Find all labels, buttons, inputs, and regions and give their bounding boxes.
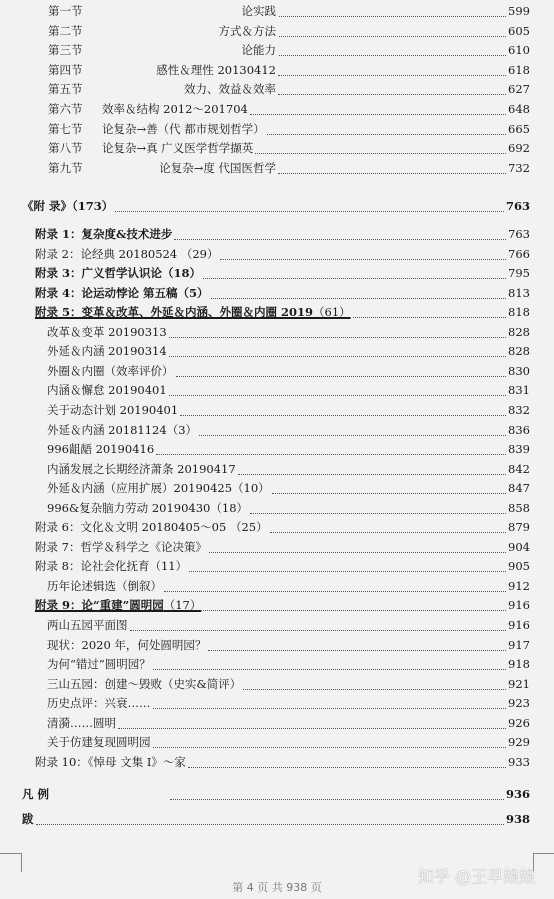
leader-dots (279, 0, 506, 17)
leader-dots (209, 533, 506, 553)
toc-entry-title: 附录 1：复杂度&技术进步 (35, 225, 172, 244)
toc-entry-title: 效率＆结构 2012～201704 (102, 100, 248, 119)
page-number: 923 (508, 694, 530, 713)
section-number: 第一节 (48, 2, 83, 21)
page-number: 818 (508, 303, 530, 322)
section-number: 第三节 (48, 41, 83, 60)
leader-dots (278, 56, 506, 76)
page-number: 599 (508, 2, 530, 21)
page-number: 936 (506, 785, 530, 804)
toc-entry-title: 论能力 (242, 41, 277, 60)
page-number: 912 (508, 577, 530, 596)
toc-appendix-header[interactable]: 《附 录》（173）763 (22, 197, 530, 216)
page-number: 763 (506, 197, 530, 216)
page-number: 830 (508, 362, 530, 381)
toc-entry-title: 清漪……圆明 (47, 714, 116, 733)
leader-dots (279, 36, 506, 56)
leader-dots (267, 115, 506, 135)
page-number: 916 (508, 596, 530, 615)
leader-dots (278, 154, 506, 174)
page-number: 692 (508, 139, 530, 158)
leader-dots (156, 435, 506, 455)
page-number: 917 (508, 636, 530, 655)
page-number: 648 (508, 100, 530, 119)
leader-dots (203, 591, 506, 611)
toc-entry-title: 跋 (22, 810, 34, 829)
toc-entry-title: 历年论述辑选（倒叙） (47, 577, 162, 596)
leader-dots (211, 279, 506, 299)
leader-dots (272, 474, 506, 494)
leader-dots (270, 513, 506, 533)
crop-mark-right (533, 853, 554, 872)
toc-entry-title: 996&复杂脑力劳动 20190430（18） (47, 499, 248, 518)
watermark: 知乎 @王早娘娘 (418, 864, 535, 887)
toc-entry-title: 论复杂→善（代 都市规划哲学） (102, 120, 265, 139)
crop-mark-left (0, 853, 22, 872)
leader-dots (188, 748, 506, 768)
leader-dots (250, 95, 506, 115)
toc-entry-title: 关于仿建复现圆明园 (47, 733, 151, 752)
leader-dots (243, 670, 506, 690)
page-number: 858 (508, 499, 530, 518)
leader-dots (180, 396, 506, 416)
page-number: 905 (508, 557, 530, 576)
toc-entry-title: 论复杂→度 代国医哲学 (159, 159, 276, 178)
section-number: 第八节 (48, 139, 83, 158)
page-number: 766 (508, 245, 530, 264)
page-number: 828 (508, 342, 530, 361)
page-number: 933 (508, 753, 530, 772)
leader-dots (250, 494, 506, 514)
leader-dots (36, 805, 504, 825)
leader-dots (353, 298, 506, 318)
toc-entry-title: 论实践 (242, 2, 277, 21)
page-number: 847 (508, 479, 530, 498)
toc-entry-title: 附录 7：哲学＆科学之《论决策》 (35, 538, 207, 557)
leader-dots (118, 709, 506, 729)
toc-entry-title: 外圈＆内圈（效率评价） (47, 362, 174, 381)
toc-entry-title: 附录 4：论运动悖论 第五稿（5） (35, 284, 209, 303)
toc-entry-title: 996龃龉 20190416 (47, 440, 154, 459)
leader-dots (169, 318, 506, 338)
toc-entry-title: 附录 10：《悼母 文集 I》～家 (35, 753, 186, 772)
toc-entry-title: 感性＆理性 20130412 (156, 61, 276, 80)
page-number: 618 (508, 61, 530, 80)
page-number: 839 (508, 440, 530, 459)
toc-entry-title: 外延＆内涵（应用扩展）20190425（10） (47, 479, 270, 498)
leader-dots (199, 416, 506, 436)
page-number: 665 (508, 120, 530, 139)
page-number: 916 (508, 616, 530, 635)
toc-entry-title: 论复杂→真 广义医学哲学撷英 (102, 139, 253, 158)
leader-dots (238, 455, 506, 475)
toc-entry-title: 内涵发展之长期经济萧条 20190417 (47, 460, 236, 479)
page-number: 813 (508, 284, 530, 303)
toc-entry-title: 方式＆方法 (219, 22, 277, 41)
leader-dots (203, 259, 506, 279)
page-number: 879 (508, 518, 530, 537)
leader-dots (164, 572, 506, 592)
leader-dots (278, 75, 506, 95)
toc-entry-title: 内涵＆懈怠 20190401 (47, 381, 167, 400)
leader-dots (130, 611, 506, 631)
leader-dots (279, 17, 506, 37)
page-number: 938 (506, 810, 530, 829)
page-number: 627 (508, 80, 530, 99)
section-number: 第二节 (48, 22, 83, 41)
page-number: 904 (508, 538, 530, 557)
toc-ba[interactable]: 跋938 (22, 810, 530, 829)
toc-fanli[interactable]: 凡 例936 (22, 785, 530, 804)
leader-dots (170, 780, 504, 800)
page-number: 763 (508, 225, 530, 244)
toc-entry-title: 附录 3：广义哲学认识论（18） (35, 264, 201, 283)
section-number: 第九节 (48, 159, 83, 178)
page-number: 921 (508, 675, 530, 694)
leader-dots (153, 650, 506, 670)
page-number: 831 (508, 381, 530, 400)
page-number: 795 (508, 264, 530, 283)
toc-entry-title: 改革＆变革 20190313 (47, 323, 167, 342)
page-number: 918 (508, 655, 530, 674)
toc-section-9[interactable]: 第九节论复杂→度 代国医哲学732 (48, 159, 530, 178)
page-number: 926 (508, 714, 530, 733)
page-number: 832 (508, 401, 530, 420)
section-number: 第七节 (48, 120, 83, 139)
section-number: 第四节 (48, 61, 83, 80)
leader-dots (153, 689, 506, 709)
toc-entry-title: 《附 录》（173） (22, 197, 113, 216)
toc-entry-title: 为何“错过”圆明园？ (47, 655, 151, 674)
leader-dots (176, 357, 506, 377)
leader-dots (220, 240, 506, 260)
leader-dots (169, 376, 506, 396)
leader-dots (208, 631, 506, 651)
section-number: 第六节 (48, 100, 83, 119)
toc-entry-title: 凡 例 (22, 785, 49, 804)
toc-entry-title: 外延＆内涵 20190314 (47, 342, 167, 361)
page-number: 605 (508, 22, 530, 41)
page-number: 929 (508, 733, 530, 752)
toc-entry-title: 附录 2：论经典 20180524 （29） (35, 245, 218, 264)
page-number: 610 (508, 41, 530, 60)
page-number: 828 (508, 323, 530, 342)
leader-dots (153, 728, 506, 748)
leader-dots (169, 337, 506, 357)
toc-appendix-28[interactable]: 附录 10：《悼母 文集 I》～家933 (35, 753, 530, 772)
page-number: 732 (508, 159, 530, 178)
section-number: 第五节 (48, 80, 83, 99)
leader-dots (174, 220, 506, 240)
page-number: 836 (508, 421, 530, 440)
toc-entry-title: 两山五园平面图 (47, 616, 128, 635)
page-number: 842 (508, 460, 530, 479)
toc-entry-title: 关于动态计划 20190401 (47, 401, 178, 420)
leader-dots (115, 192, 504, 212)
leader-dots (255, 134, 506, 154)
leader-dots (189, 552, 506, 572)
